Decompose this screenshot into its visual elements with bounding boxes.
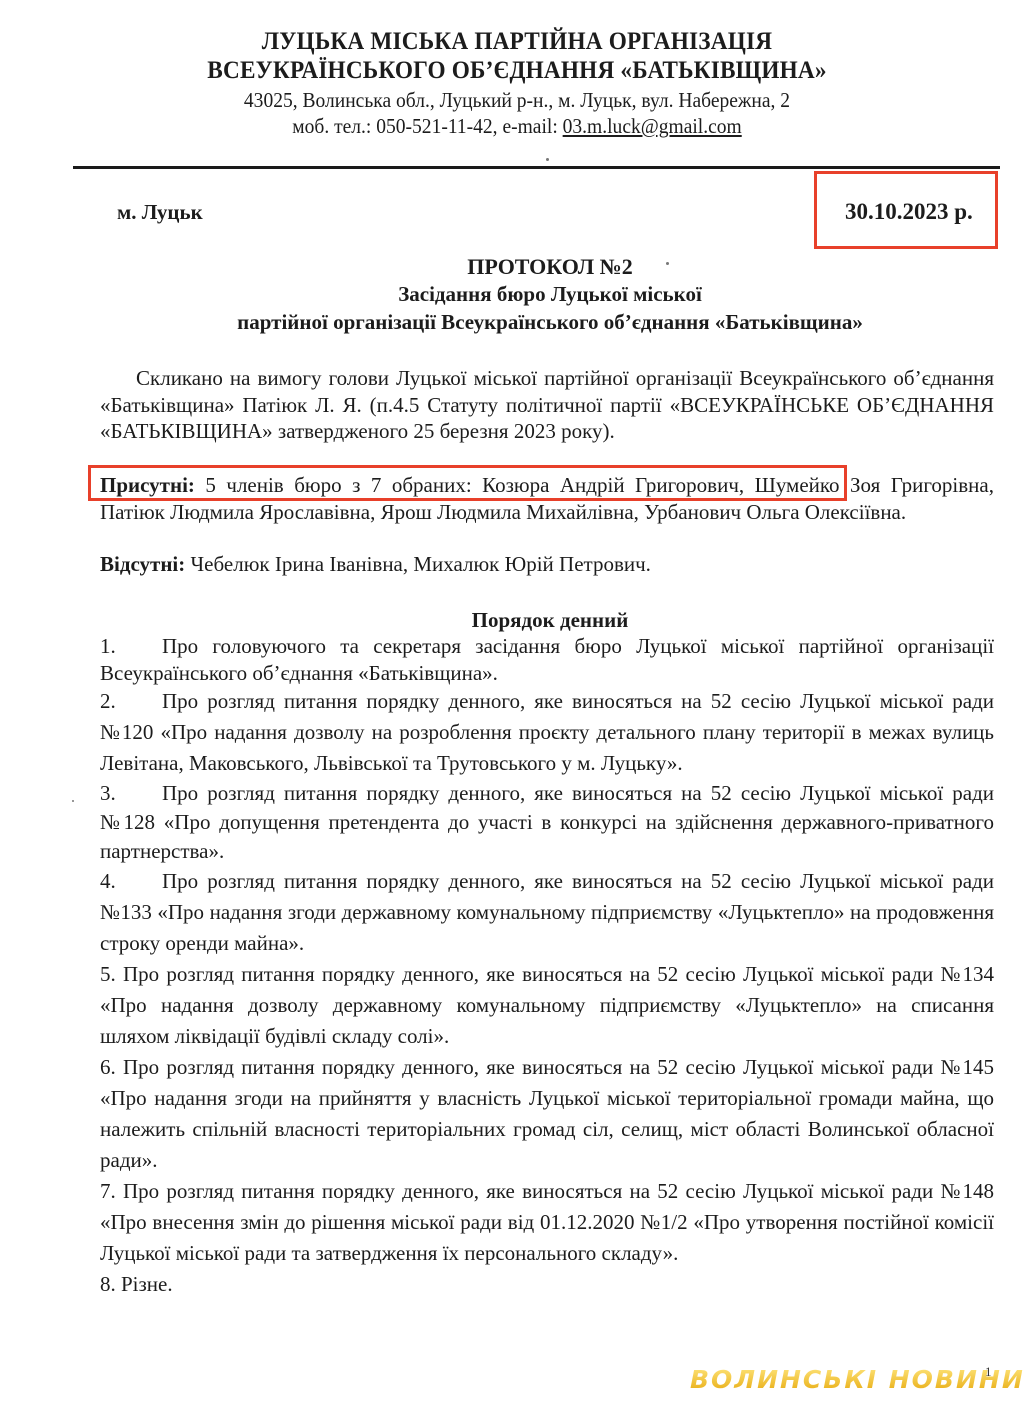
agenda-item-number: 5. xyxy=(100,962,116,986)
agenda-list: 1.Про головуючого та секретаря засідання… xyxy=(100,633,994,1300)
document-city: м. Луцьк xyxy=(117,200,203,225)
agenda-item: 8. Різне. xyxy=(100,1269,994,1300)
agenda-item: 7. Про розгляд питання порядку денного, … xyxy=(100,1176,994,1269)
agenda-item-number: 8. xyxy=(100,1272,116,1296)
agenda-item-text: Про розгляд питання порядку денного, яке… xyxy=(100,962,994,1048)
protocol-title: ПРОТОКОЛ №2 xyxy=(0,254,1034,280)
intro-paragraph: Скликано на вимогу голови Луцької місько… xyxy=(100,365,994,445)
agenda-item: 3.Про розгляд питання порядку денного, я… xyxy=(100,779,994,866)
agenda-item-number: 3. xyxy=(100,779,162,808)
document-date: 30.10.2023 р. xyxy=(845,199,973,225)
agenda-item: 2.Про розгляд питання порядку денного, я… xyxy=(100,686,994,779)
absent-text: Чебелюк Ірина Іванівна, Михалюк Юрій Пет… xyxy=(185,552,651,576)
letterhead-divider xyxy=(73,166,1000,169)
agenda-item: 6. Про розгляд питання порядку денного, … xyxy=(100,1052,994,1176)
letterhead-contact: моб. тел.: 050-521-11-42, e-mail: 03.m.l… xyxy=(36,114,998,139)
contact-phone: моб. тел.: 050-521-11-42, e-mail: xyxy=(292,114,562,138)
letterhead-org-line1: ЛУЦЬКА МІСЬКА ПАРТІЙНА ОРГАНІЗАЦІЯ xyxy=(36,28,998,56)
watermark-logo: ВОЛИНСЬКІ НОВИНИ xyxy=(690,1365,1025,1394)
protocol-subtitle-line1: Засідання бюро Луцької міської xyxy=(0,282,1034,307)
present-paragraph: Присутні: 5 членів бюро з 7 обраних: Коз… xyxy=(100,472,994,525)
agenda-item-number: 4. xyxy=(100,866,162,897)
scan-speck xyxy=(72,800,74,802)
agenda-item-text: Про розгляд питання порядку денного, яке… xyxy=(100,1179,994,1265)
agenda-item-number: 7. xyxy=(100,1179,116,1203)
present-text: 5 членів бюро з 7 обраних: Козюра Андрій… xyxy=(100,473,994,524)
email-link[interactable]: 03.m.luck@gmail.com xyxy=(563,114,742,138)
letterhead-org-line2: ВСЕУКРАЇНСЬКОГО ОБ’ЄДНАННЯ «БАТЬКІВЩИНА» xyxy=(36,57,998,85)
agenda-item: 5. Про розгляд питання порядку денного, … xyxy=(100,959,994,1052)
agenda-item-number: 1. xyxy=(100,633,162,660)
agenda-item-text: Про розгляд питання порядку денного, яке… xyxy=(100,1055,994,1172)
agenda-item-number: 6. xyxy=(100,1055,116,1079)
present-label: Присутні: xyxy=(100,473,195,497)
protocol-subtitle-line2: партійної організації Всеукраїнського об… xyxy=(0,310,1034,335)
absent-paragraph: Відсутні: Чебелюк Ірина Іванівна, Михалю… xyxy=(100,551,994,578)
agenda-item: 1.Про головуючого та секретаря засідання… xyxy=(100,633,994,686)
scan-speck xyxy=(546,158,549,161)
agenda-item: 4.Про розгляд питання порядку денного, я… xyxy=(100,866,994,959)
page-number: 1 xyxy=(985,1364,992,1380)
absent-label: Відсутні: xyxy=(100,552,185,576)
agenda-item-text: Про розгляд питання порядку денного, яке… xyxy=(100,869,994,955)
agenda-item-text: Про головуючого та секретаря засідання б… xyxy=(100,634,994,685)
letterhead-address: 43025, Волинська обл., Луцький р-н., м. … xyxy=(36,88,998,113)
agenda-item-text: Про розгляд питання порядку денного, яке… xyxy=(100,781,994,863)
document-page: ЛУЦЬКА МІСЬКА ПАРТІЙНА ОРГАНІЗАЦІЯ ВСЕУК… xyxy=(0,0,1034,1406)
agenda-title: Порядок денний xyxy=(0,608,1034,633)
agenda-item-text: Різне. xyxy=(121,1272,173,1296)
agenda-item-number: 2. xyxy=(100,686,162,717)
agenda-item-text: Про розгляд питання порядку денного, яке… xyxy=(100,689,994,775)
